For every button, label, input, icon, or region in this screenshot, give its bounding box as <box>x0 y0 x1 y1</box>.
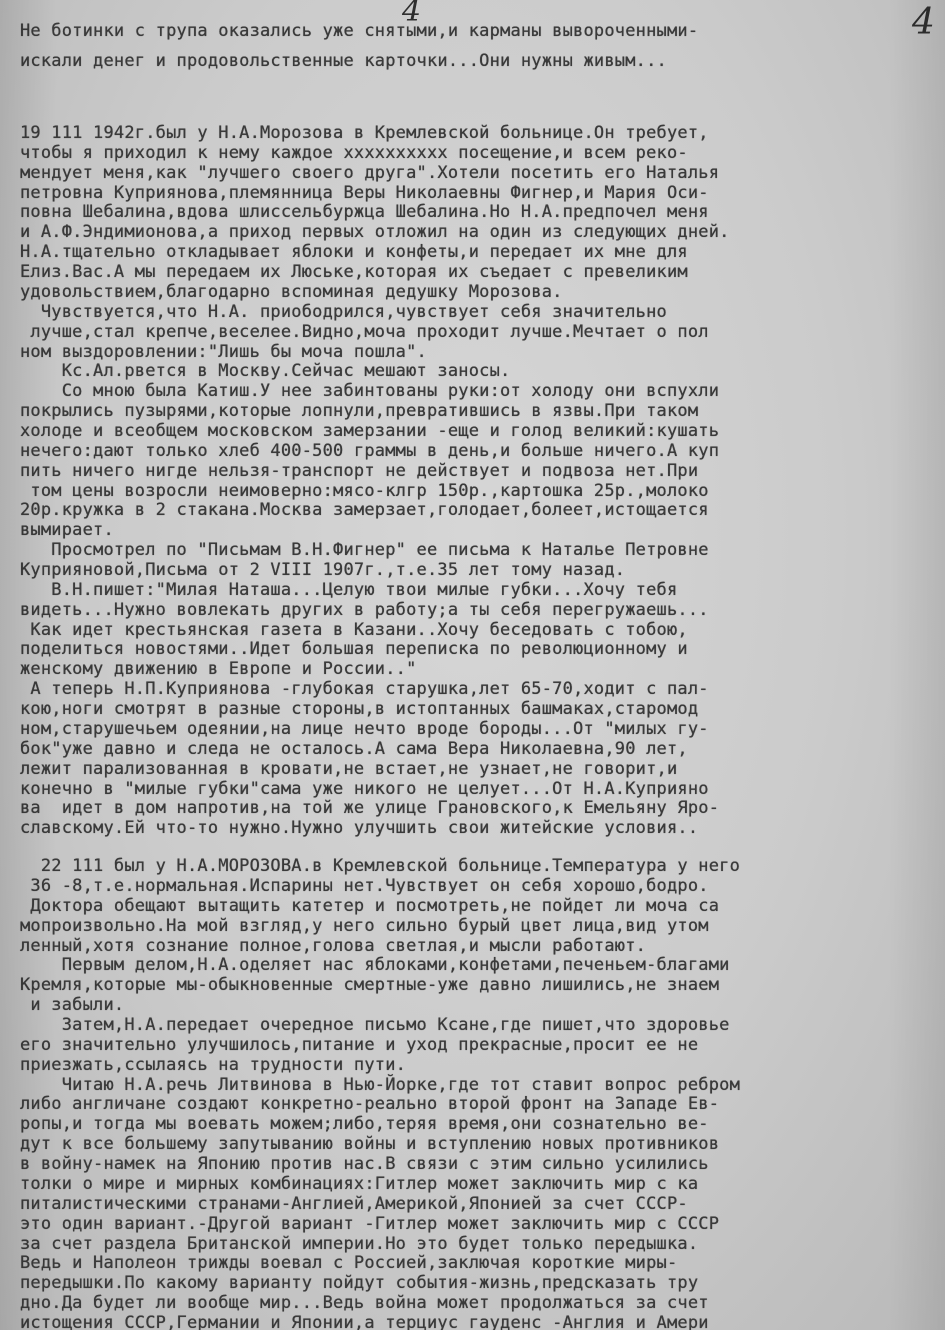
typed-line: видеть...Нужно вовлекать других в работу… <box>20 599 709 621</box>
typed-line: толки о мире и мирных комбинациях:Гитлер… <box>20 1173 698 1195</box>
typed-line: Затем,Н.А.передает очередное письмо Ксан… <box>20 1014 730 1036</box>
typed-line: Н.А.тщательно откладывает яблоки и конфе… <box>20 241 688 263</box>
typed-line: и А.Ф.Эндимионова,а приход первых отложи… <box>20 221 730 243</box>
typed-line: и забыли. <box>20 994 124 1016</box>
typed-line: Елиз.Вас.А мы передаем их Люське,которая… <box>20 261 688 283</box>
typed-line: истощения СССР,Германии и Японии,а терци… <box>20 1312 709 1330</box>
typed-line: Ведь и Наполеон трижды воевал с Россией,… <box>20 1252 677 1274</box>
typed-line: холоде и всеобщем московском замерзании … <box>20 420 719 442</box>
typed-line: 19 111 1942г.был у Н.А.Морозова в Кремле… <box>20 122 709 144</box>
scanned-typewritten-page: 4 4 Не ботинки с трупа оказались уже сня… <box>0 0 945 1330</box>
typed-line: это один вариант.-Другой вариант -Гитлер… <box>20 1213 719 1235</box>
typed-line: передышки.По какому варианту пойдут собы… <box>20 1272 698 1294</box>
typed-line: нечего:дают только хлеб 400-500 граммы в… <box>20 440 719 462</box>
typed-line: мопроизвольно.На мой взгляд,у него сильн… <box>20 915 709 937</box>
typed-line: вымирает. <box>20 519 114 541</box>
typed-line: приезжать,ссылаясь на трудности пути. <box>20 1054 406 1076</box>
handwritten-page-number-right: 4 <box>912 2 935 43</box>
typed-line: 36 -8,т.е.нормальная.Испарины нет.Чувств… <box>20 875 709 897</box>
typed-line: лучше,стал крепче,веселее.Видно,моча про… <box>20 321 709 343</box>
typed-line: 22 111 был у Н.А.МОРОЗОВА.в Кремлевской … <box>20 855 740 877</box>
typed-line: питалистическими странами-Англией,Америк… <box>20 1193 688 1215</box>
typed-line: дно.Да будет ли вообще мир...Ведь война … <box>20 1292 709 1314</box>
typed-line: дут к все большему запутыванию войны и в… <box>20 1133 719 1155</box>
typed-line: Первым делом,Н.А.оделяет нас яблоками,ко… <box>20 954 730 976</box>
typed-line: славскому.Ей что-то нужно.Нужно улучшить… <box>20 817 698 839</box>
typed-line: А теперь Н.П.Куприянова -глубокая старуш… <box>20 678 709 700</box>
typed-line: ва идет в дом напротив,на той же улице Г… <box>20 797 719 819</box>
typed-line: покрылись пузырями,которые лопнули,превр… <box>20 400 698 422</box>
typed-line: удовольствием,благодарно вспоминая дедуш… <box>20 281 563 303</box>
typed-line: повна Шебалина,вдова шлиссельбуржца Шеба… <box>20 201 709 223</box>
typed-line: кою,ноги смотрят в разные стороны,в исто… <box>20 698 698 720</box>
typed-line: бок"уже давно и следа не осталось.А сама… <box>20 738 688 760</box>
typed-line: пить ничего нигде нельзя-транспорт не де… <box>20 460 698 482</box>
typed-line: поделиться новостями..Идет большая переп… <box>20 638 688 660</box>
typed-line: чтобы я приходил к нему каждое ххххххххх… <box>20 142 688 164</box>
typed-line: ропы,и тогда мы воевать можем;либо,теряя… <box>20 1113 709 1135</box>
typed-line: лежит парализованная в кровати,не встает… <box>20 758 677 780</box>
typed-line: Кс.Ал.рвется в Москву.Сейчас мешают зано… <box>20 360 510 382</box>
typed-line: либо англичане создают конкретно-реально… <box>20 1093 719 1115</box>
typed-line: Кремля,которые мы-обыкновенные смертные-… <box>20 974 719 996</box>
typed-line: 20р.кружка в 2 стакана.Москва замерзает,… <box>20 499 709 521</box>
typed-line: женскому движению в Европе и России.." <box>20 658 417 680</box>
typed-line: В.Н.пишет:"Милая Наташа...Целую твои мил… <box>20 579 677 601</box>
typed-line: Куприяновой,Письма от 2 VIII 1907г.,т.е.… <box>20 559 625 581</box>
typed-line: Не ботинки с трупа оказались уже снятыми… <box>20 20 698 42</box>
typed-line: мендует меня,как "лучшего своего друга".… <box>20 162 719 184</box>
typed-line: Чувствуется,что Н.А. приободрился,чувств… <box>20 301 667 323</box>
typed-line: в войну-намек на Японию против нас.В свя… <box>20 1153 709 1175</box>
typed-line: его значительно улучшилось,питание и ухо… <box>20 1034 698 1056</box>
typed-line: Просмотрел по "Письмам В.Н.Фигнер" ее пи… <box>20 539 709 561</box>
typed-line: искали денег и продовольственные карточк… <box>20 50 667 72</box>
typed-line: Доктора обещают вытащить катетер и посмо… <box>20 895 719 917</box>
typed-line: ном,старушечьем одеянии,на лице нечто вр… <box>20 718 709 740</box>
typed-line: Со мною была Катиш.У нее забинтованы рук… <box>20 380 719 402</box>
